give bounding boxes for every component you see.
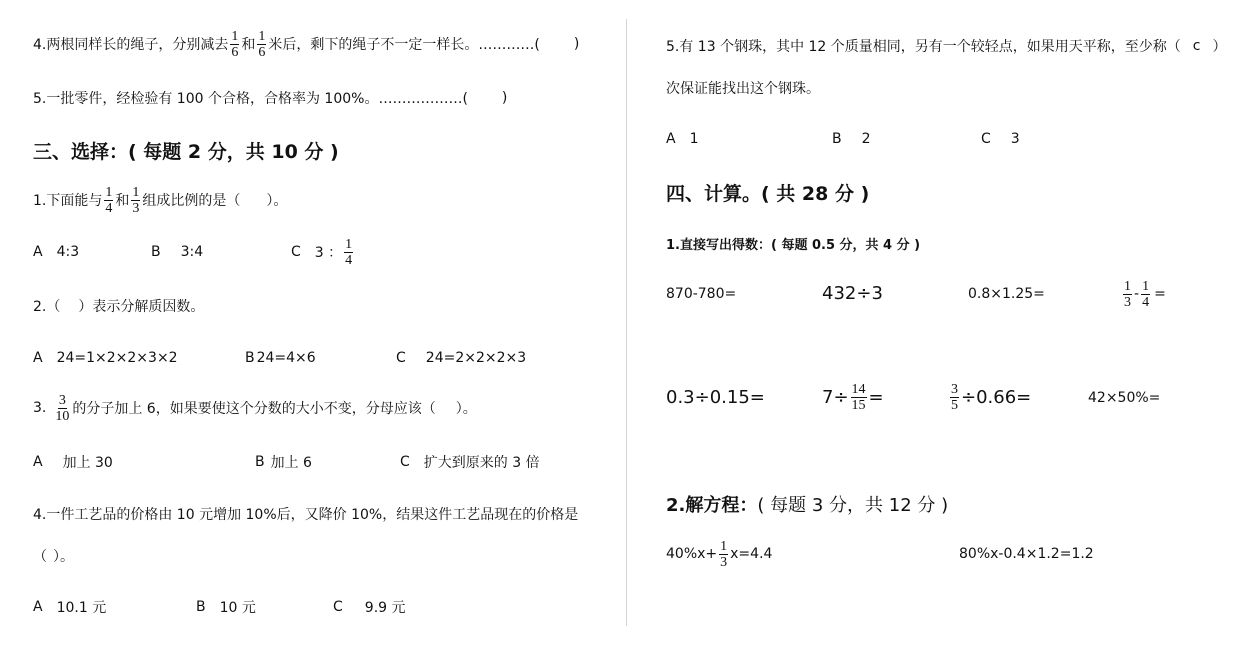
- fraction: 1 4: [344, 237, 353, 268]
- option-b[interactable]: B 24=4×6: [245, 348, 316, 368]
- calc-item: 3 5 ÷0.66=: [948, 377, 1031, 417]
- option-c[interactable]: C 3: [981, 129, 1020, 149]
- option-b[interactable]: B 加上 6: [255, 452, 312, 472]
- option-c[interactable]: C 9.9 元: [333, 597, 406, 617]
- choice-question-4-blank: （ ）。: [33, 546, 74, 566]
- fraction: 3 10: [54, 393, 70, 424]
- fraction: 1 4: [104, 185, 113, 216]
- calc-item: 0.3÷0.15=: [666, 385, 765, 409]
- fraction: 1 6: [257, 29, 266, 60]
- fraction: 1 3: [131, 185, 140, 216]
- choice-question-4: 4.一件工艺品的价格由 10 元增加 10%后，又降价 10%，结果这件工艺品现…: [33, 504, 578, 524]
- option-a[interactable]: A 加上 30: [33, 452, 113, 472]
- fraction: 1 6: [230, 29, 239, 60]
- calc-item: 0.8×1.25=: [968, 284, 1045, 304]
- calc-item: 432÷3: [822, 281, 883, 305]
- choice-question-5-cont: 次保证能找出这个钢珠。: [666, 78, 820, 98]
- option-a[interactable]: A 1: [666, 129, 699, 149]
- calc-item: 42×50%=: [1088, 388, 1160, 408]
- judge-question-5: 5.一批零件，经检验有 100 个合格，合格率为 100%。………………( ): [33, 88, 507, 108]
- calc-item: 7÷ 14 15 =: [822, 377, 884, 417]
- fraction: 14 15: [851, 382, 867, 413]
- option-c[interactable]: C 3 ： 1 4: [291, 233, 355, 271]
- filled-answer[interactable]: c: [1193, 38, 1201, 54]
- section-4-title: 四、计算。( 共 28 分 ): [666, 179, 869, 205]
- fraction: 1 3: [719, 539, 728, 570]
- subsection-1-title: 1.直接写出得数：( 每题 0.5 分，共 4 分 ): [666, 233, 920, 253]
- option-b[interactable]: B 3:4: [151, 242, 203, 262]
- calc-item: 1 3 - 1 4 =: [1121, 275, 1166, 313]
- option-a[interactable]: A 4:3: [33, 242, 79, 262]
- choice-question-1: 1.下面能与 1 4 和 1 3 组成比例的是（ ）。: [33, 181, 287, 219]
- equation-item: 40%x+ 1 3 x=4.4: [666, 535, 772, 573]
- option-a[interactable]: A 24=1×2×2×3×2: [33, 348, 178, 368]
- fraction: 1 4: [1141, 279, 1150, 310]
- q-text: 4.两根同样长的绳子，分别减去: [33, 34, 228, 54]
- fraction: 1 3: [1123, 279, 1132, 310]
- option-c[interactable]: C 扩大到原来的 3 倍: [400, 452, 540, 472]
- option-c[interactable]: C 24=2×2×2×3: [396, 348, 526, 368]
- judge-question-4: 4.两根同样长的绳子，分别减去 1 6 和 1 6 米后，剩下的绳子不一定一样长…: [33, 26, 579, 62]
- fraction: 3 5: [950, 382, 959, 413]
- calc-item: 870-780=: [666, 284, 736, 304]
- option-b[interactable]: B 2: [832, 129, 871, 149]
- column-divider: [626, 19, 627, 626]
- choice-question-2: 2.（ ）表示分解质因数。: [33, 296, 204, 316]
- option-a[interactable]: A 10.1 元: [33, 597, 106, 617]
- choice-question-3: 3. 3 10 的分子加上 6，如果要使这个分数的大小不变，分母应该（ ）。: [33, 389, 477, 427]
- choice-question-5: 5.有 13 个钢珠，其中 12 个质量相同，另有一个较轻点，如果用天平称，至少…: [666, 36, 1227, 56]
- subsection-2-title: 2.解方程： ( 每题 3 分，共 12 分 ): [666, 491, 948, 517]
- option-b[interactable]: B 10 元: [196, 597, 256, 617]
- equation-item: 80%x-0.4×1.2=1.2: [959, 544, 1094, 564]
- section-3-title: 三、选择：( 每题 2 分，共 10 分 ): [33, 137, 339, 163]
